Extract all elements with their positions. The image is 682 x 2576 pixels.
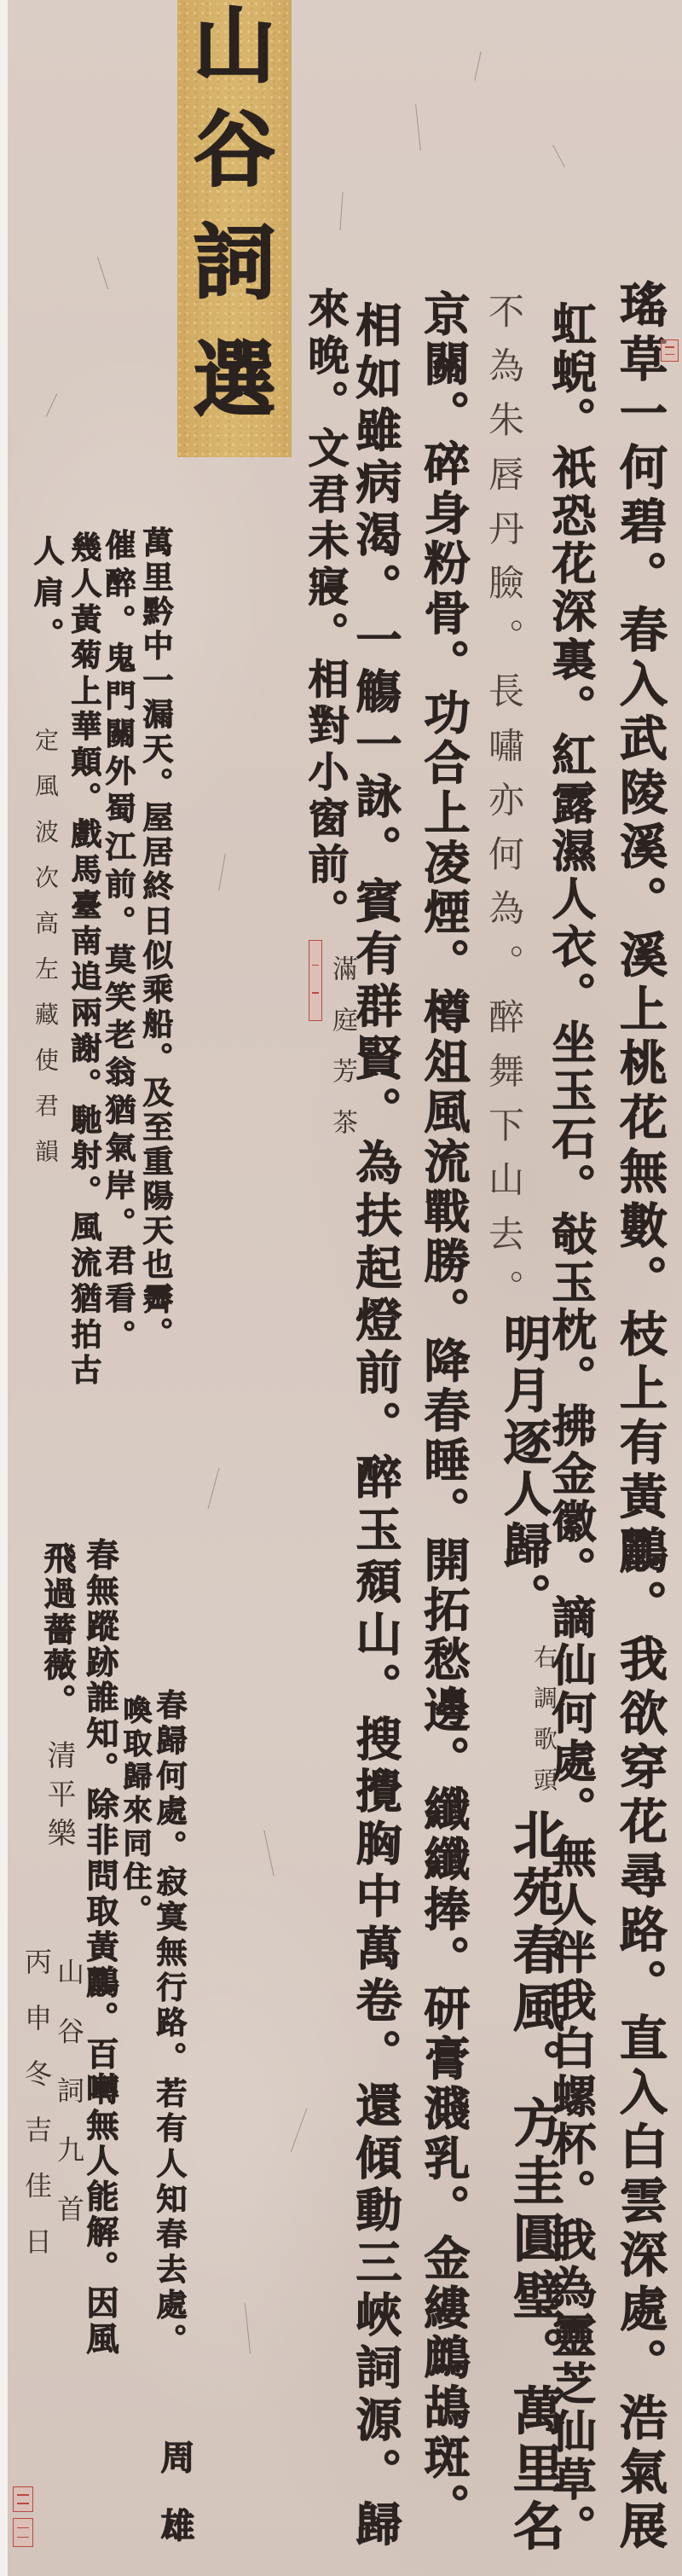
title-char: 詞 xyxy=(177,222,292,304)
paper-fiber xyxy=(552,145,565,168)
left-lower-column-2: 喚取歸來同住。 xyxy=(117,1695,151,1923)
title-char: 山 xyxy=(177,5,292,87)
seal-stamp-bottom-2 xyxy=(13,2518,33,2547)
calligraphy-scroll: 山 谷 詞 選 瑤草一何碧。春入武陵溪。溪上桃花無數。枝上有黃鸝。我欲穿花尋路。… xyxy=(0,0,682,2576)
paper-fiber xyxy=(415,104,421,151)
scroll-left-border xyxy=(0,0,8,2576)
left-lower-column-3: 春無蹤跡誰知。除非問取黃鸝。百囀無人能解。因風 xyxy=(81,1538,118,2354)
paper-fiber xyxy=(291,2108,308,2152)
left-upper-column-1: 萬里黔中一漏天。屋居終日似乘船。及至重陽天也霽。 xyxy=(137,526,173,1348)
left-upper-column-4: 人肩。 xyxy=(28,535,64,648)
seal-stamp-top-right xyxy=(661,339,679,362)
main-column-4: 京關。碎身粉骨。功合上凌煙。樽俎風流戰勝。降春睡。開拓愁邊。纖纖捧。研膏濺乳。金… xyxy=(416,290,471,2529)
main-column-1: 瑤草一何碧。春入武陵溪。溪上桃花無數。枝上有黃鸝。我欲穿花尋路。直入白雲深處。浩… xyxy=(608,280,668,2549)
main-column-5: 相如雖病渴。一觴一詠。賓有群賢。為扶起燈前。醉玉頹山。搜攪胸中萬卷。還傾動三峽詞… xyxy=(348,301,402,2546)
main-column-3-second-poem: 北苑春風。方圭圓璧。萬里名 xyxy=(504,1808,564,2550)
signature-note: 山谷詞九首 xyxy=(52,1958,84,2222)
paper-fiber xyxy=(218,853,226,891)
seal-stamp-middle xyxy=(309,940,322,1021)
left-upper-column-3: 幾人黃菊上華顛。戲馬臺南追兩謝。馳射。風流猶拍古 xyxy=(66,531,101,1384)
paper-fiber xyxy=(263,1830,274,1876)
left-lower-column-1: 春歸何處。寂寞無行路。若有人知春去處。 xyxy=(151,1689,187,2354)
signature-date: 丙申冬吉佳日 xyxy=(20,1947,52,2254)
left-lower-column-4: 飛過薔薇。 xyxy=(38,1541,76,1716)
paper-fiber xyxy=(97,257,108,289)
title-strip: 山 谷 詞 選 xyxy=(177,0,292,457)
tune-title-qingpingle: 清平樂 xyxy=(41,1740,75,1847)
tune-title-dingfengbo: 定風波次高左藏使君韻 xyxy=(30,728,59,1163)
left-upper-column-2: 催醉。鬼門關外蜀江前。莫笑老翁猶氣岸。君看。 xyxy=(100,529,136,1350)
tune-title-shuidiao-getou: 右調歌頭 xyxy=(529,1645,558,1791)
main-column-3-verse: 不為朱唇丹臉。長嘯亦何為。醉舞下山去。 xyxy=(482,293,524,1305)
paper-fiber xyxy=(474,51,481,80)
paper-fiber xyxy=(245,2303,251,2354)
seal-stamp-bottom-1 xyxy=(13,2486,33,2512)
paper-fiber xyxy=(339,192,343,230)
title-char: 谷 xyxy=(177,109,292,191)
signature-name: 周雄 xyxy=(155,2440,194,2542)
paper-fiber xyxy=(46,393,58,417)
main-column-3-verse-bold: 明月逐人歸。 xyxy=(495,1314,552,1621)
tune-title-manting-fang: 滿庭芳茶 xyxy=(326,955,356,1134)
title-char: 選 xyxy=(177,339,292,421)
main-column-6: 來晚。文君未寢。相對小窗前。 xyxy=(300,287,348,930)
paper-fiber xyxy=(208,1468,220,1510)
